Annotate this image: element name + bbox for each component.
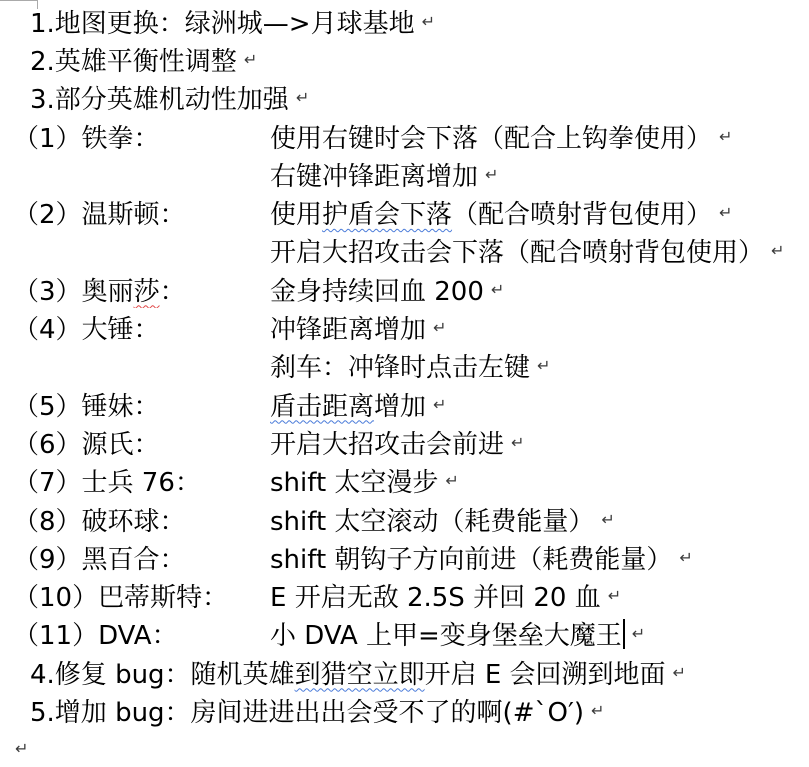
entry-description: shift 太空滚动（耗费能量） (270, 501, 594, 538)
paragraph-mark-icon: ↵ (433, 318, 446, 337)
hero-name: 铁拳： (82, 118, 160, 155)
paragraph-mark-icon: ↵ (719, 127, 732, 146)
hero-name: 锤妹： (82, 386, 160, 423)
document-line-entry: （7）士兵 76：shift 太空漫步↵ (0, 462, 809, 500)
entry-label-column: （10）巴蒂斯特： (0, 577, 270, 614)
entry-description: 小 DVA 上甲=变身堡垒大魔王 (270, 615, 622, 652)
entry-number: （9） (0, 539, 82, 576)
document-line-entry: （11）DVA：小 DVA 上甲=变身堡垒大魔王↵ (0, 615, 809, 653)
document-line-empty: ↵ (0, 730, 809, 767)
entry-number: （10） (0, 577, 98, 614)
text-run: shift 太空漫步 (270, 462, 438, 499)
word-document-text-area[interactable]: 1.地图更换：绿洲城—>月球基地↵2.英雄平衡性调整↵3.部分英雄机动性加强↵（… (0, 0, 809, 767)
document-line-cont: 开启大招攻击会下落（配合喷射背包使用）↵ (0, 232, 809, 270)
paragraph-mark-icon: ↵ (15, 739, 28, 758)
document-line-entry: （10）巴蒂斯特：E 开启无敌 2.5S 并回 20 血↵ (0, 576, 809, 614)
hero-name: ： (160, 271, 186, 308)
paragraph-mark-icon: ↵ (679, 548, 692, 567)
document-line-heading: 3.部分英雄机动性加强↵ (0, 79, 809, 117)
text-run: 使用右键时会下落（配合上钩拳使用） (270, 118, 712, 155)
entry-description: 刹车：冲锋时点击左键 (270, 347, 530, 384)
paragraph-mark-icon: ↵ (445, 471, 458, 490)
text-run: 5.增加 bug：房间进进出出会受不了的啊(#`O′) (30, 692, 584, 729)
paragraph-mark-icon: ↵ (244, 50, 257, 69)
entry-label-column: （5）锤妹： (0, 386, 270, 423)
entry-number: （1） (0, 118, 82, 155)
text-run: E 开启无敌 2.5S 并回 20 血 (270, 577, 601, 614)
hero-name: 破环球： (82, 501, 186, 538)
text-run: （配合喷射背包使用） (452, 194, 712, 231)
document-line-cont: 刹车：冲锋时点击左键↵ (0, 347, 809, 385)
misspelled-text-run: 莎 (134, 271, 160, 308)
hero-name: 士兵 76： (82, 462, 201, 499)
text-run: 右键冲锋距离增加 (270, 156, 478, 193)
entry-description: shift 太空漫步 (270, 462, 438, 499)
document-line-entry: （4）大锤：冲锋距离增加↵ (0, 308, 809, 346)
document-line-entry: （2）温斯顿：使用护盾会下落（配合喷射背包使用）↵ (0, 193, 809, 231)
text-cursor-caret (623, 619, 625, 649)
text-run: 小 DVA 上甲=变身堡垒大魔王 (270, 615, 622, 652)
text-boundary-crop-mark-horizontal (0, 0, 38, 1)
text-run: shift 朝钩子方向前进（耗费能量） (270, 539, 672, 576)
text-run: 开启大招攻击会前进 (270, 424, 504, 461)
paragraph-mark-icon: ↵ (591, 701, 604, 720)
text-run: 刹车：冲锋时点击左键 (270, 347, 530, 384)
document-line-entry: （9）黑百合：shift 朝钩子方向前进（耗费能量）↵ (0, 538, 809, 576)
entry-label-column: （6）源氏： (0, 424, 270, 461)
document-line-entry: （3）奥丽莎：金身持续回血 200↵ (0, 270, 809, 308)
document-line-heading: 4.修复 bug：随机英雄到猎空立即开启 E 会回溯到地面↵ (0, 653, 809, 691)
entry-description: 盾击距离增加 (270, 386, 426, 423)
document-line-cont: 右键冲锋距离增加↵ (0, 155, 809, 193)
text-run: 4.修复 bug：随机英雄 (30, 654, 295, 691)
entry-description: 开启大招攻击会前进 (270, 424, 504, 461)
entry-number: （8） (0, 501, 82, 538)
entry-label-column: （1）铁拳： (0, 118, 270, 155)
text-run: 2.英雄平衡性调整 (30, 41, 237, 78)
paragraph-mark-icon: ↵ (673, 663, 686, 682)
entry-number: （5） (0, 386, 82, 423)
text-run: shift 太空滚动（耗费能量） (270, 501, 594, 538)
entry-label-column: （9）黑百合： (0, 539, 270, 576)
hero-name: 奥丽 (82, 271, 134, 308)
entry-number: （7） (0, 462, 82, 499)
entry-label-column: （8）破环球： (0, 501, 270, 538)
paragraph-mark-icon: ↵ (433, 395, 446, 414)
document-line-entry: （6）源氏：开启大招攻击会前进↵ (0, 423, 809, 461)
paragraph-mark-icon: ↵ (296, 88, 309, 107)
document-line-entry: （1）铁拳：使用右键时会下落（配合上钩拳使用）↵ (0, 117, 809, 155)
hero-name: DVA： (98, 615, 177, 652)
entry-number: （11） (0, 615, 98, 652)
text-run: 3.部分英雄机动性加强 (30, 79, 289, 116)
entry-label-column: （2）温斯顿： (0, 194, 270, 231)
document-lines: 1.地图更换：绿洲城—>月球基地↵2.英雄平衡性调整↵3.部分英雄机动性加强↵（… (0, 2, 809, 767)
document-line-entry: （5）锤妹：盾击距离增加↵ (0, 385, 809, 423)
entry-number: （6） (0, 424, 82, 461)
hero-name: 黑百合： (82, 539, 186, 576)
paragraph-mark-icon: ↵ (719, 203, 732, 222)
hero-name: 巴蒂斯特： (98, 577, 228, 614)
paragraph-mark-icon: ↵ (491, 280, 504, 299)
entry-description: E 开启无敌 2.5S 并回 20 血 (270, 577, 601, 614)
document-line-entry: （8）破环球：shift 太空滚动（耗费能量）↵ (0, 500, 809, 538)
paragraph-mark-icon: ↵ (485, 165, 498, 184)
entry-label-column: （11）DVA： (0, 615, 270, 652)
entry-label-column: （4）大锤： (0, 309, 270, 346)
text-run: 开启大招攻击会下落（配合喷射背包使用） (270, 232, 764, 269)
paragraph-mark-icon: ↵ (601, 510, 614, 529)
entry-description: 使用右键时会下落（配合上钩拳使用） (270, 118, 712, 155)
entry-description: 开启大招攻击会下落（配合喷射背包使用） (270, 232, 764, 269)
entry-number: （4） (0, 309, 82, 346)
entry-description: 使用护盾会下落（配合喷射背包使用） (270, 194, 712, 231)
text-run: 开启 E 会回溯到地面 (425, 654, 666, 691)
text-run: 1.地图更换：绿洲城—>月球基地 (30, 3, 415, 40)
entry-label-column: （3）奥丽莎： (0, 271, 270, 308)
paragraph-mark-icon: ↵ (632, 624, 645, 643)
text-boundary-crop-mark-vertical (37, 0, 38, 9)
entry-description: shift 朝钩子方向前进（耗费能量） (270, 539, 672, 576)
text-run: 使用 (270, 194, 322, 231)
hero-name: 源氏： (82, 424, 160, 461)
entry-description: 金身持续回血 200 (270, 271, 484, 308)
entry-description: 冲锋距离增加 (270, 309, 426, 346)
document-line-heading: 5.增加 bug：房间进进出出会受不了的啊(#`O′)↵ (0, 691, 809, 729)
document-line-heading: 1.地图更换：绿洲城—>月球基地↵ (0, 2, 809, 40)
entry-description: 右键冲锋距离增加 (270, 156, 478, 193)
misspelled-text-run: 到猎空立即 (295, 654, 425, 691)
hero-name: 温斯顿： (82, 194, 186, 231)
text-run: 增加 (374, 386, 426, 423)
entry-label-column: （7）士兵 76： (0, 462, 270, 499)
entry-number: （3） (0, 271, 82, 308)
paragraph-mark-icon: ↵ (422, 12, 435, 31)
document-line-heading: 2.英雄平衡性调整↵ (0, 40, 809, 78)
hero-name: 大锤： (82, 309, 160, 346)
paragraph-mark-icon: ↵ (537, 356, 550, 375)
text-run: 金身持续回血 200 (270, 271, 484, 308)
text-run: 冲锋距离增加 (270, 309, 426, 346)
paragraph-mark-icon: ↵ (511, 433, 524, 452)
misspelled-text-run: 盾击距离 (270, 386, 374, 423)
misspelled-text-run: 护盾会下落 (322, 194, 452, 231)
paragraph-mark-icon: ↵ (608, 586, 621, 605)
entry-number: （2） (0, 194, 82, 231)
paragraph-mark-icon: ↵ (771, 241, 784, 260)
